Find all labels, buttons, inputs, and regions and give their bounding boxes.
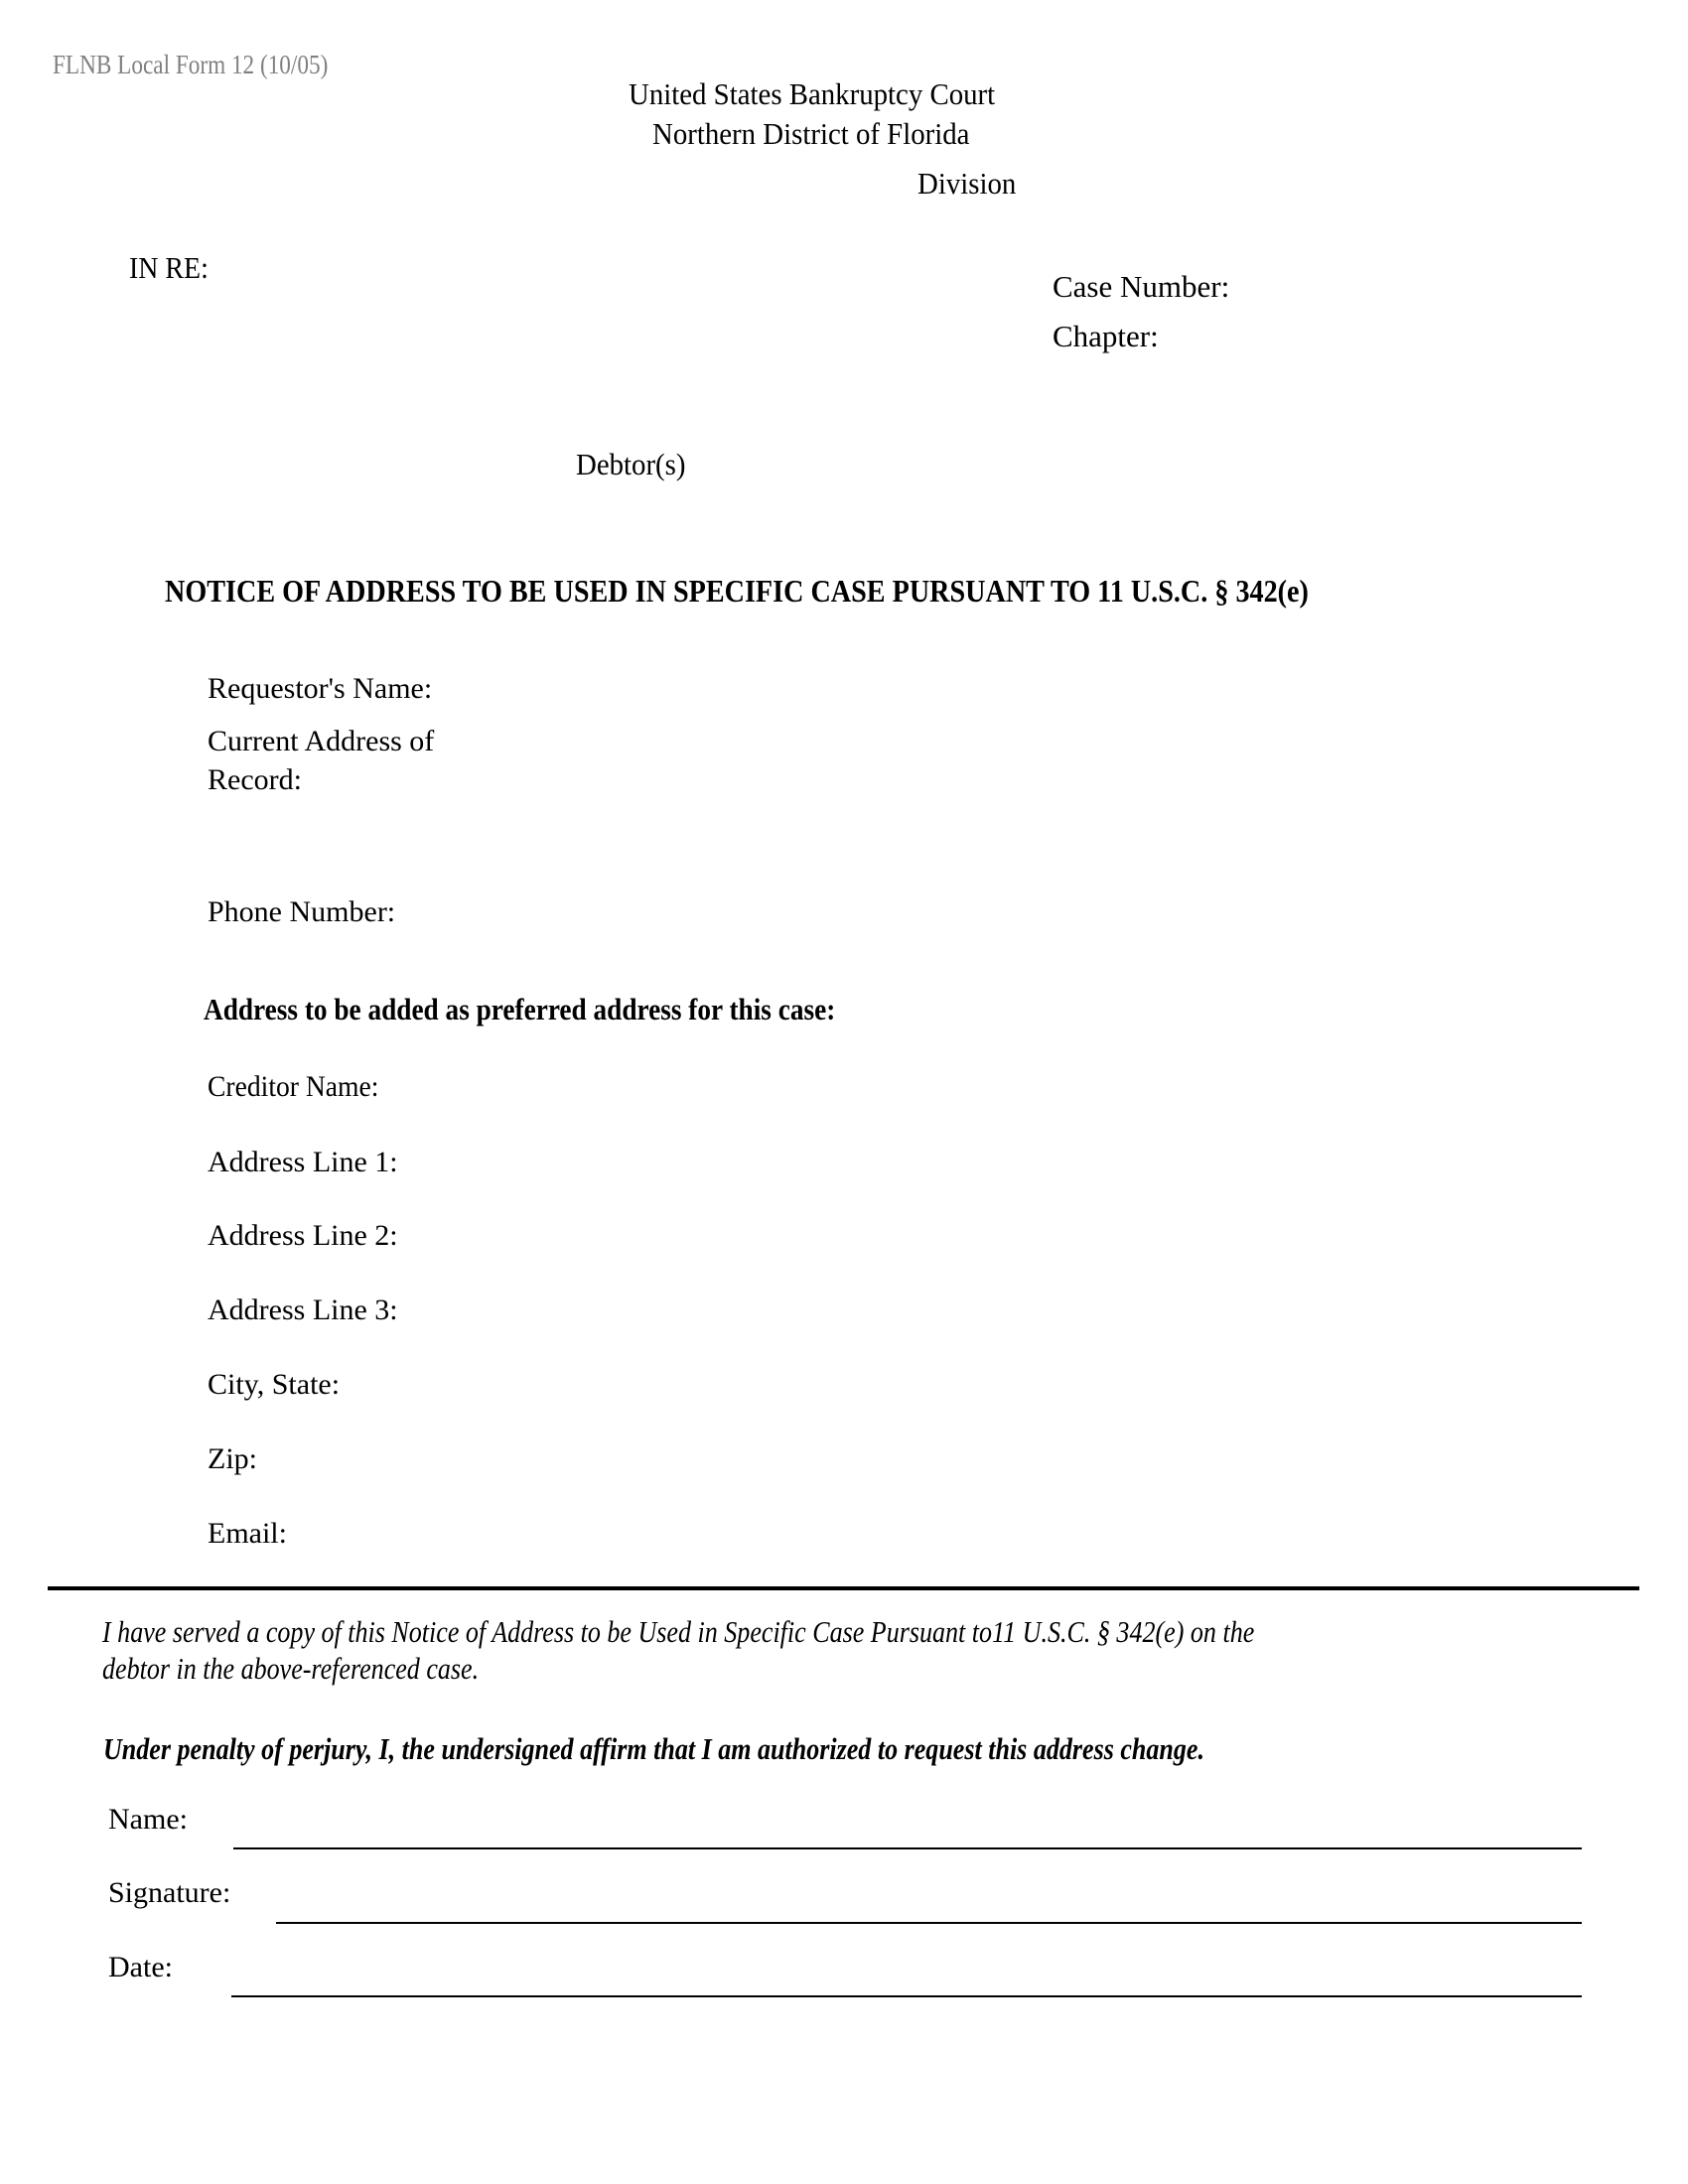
service-statement: I have served a copy of this Notice of A… [102, 1616, 1254, 1647]
court-name: United States Bankruptcy Court [629, 78, 995, 109]
signature-label: Signature: [108, 1878, 230, 1908]
creditor-name-label: Creditor Name: [208, 1072, 378, 1102]
address-line-1-label: Address Line 1: [208, 1148, 398, 1177]
phone-number-label: Phone Number: [208, 897, 395, 927]
current-address-label: Current Address of [208, 727, 434, 756]
form-identifier: FLNB Local Form 12 (10/05) [53, 52, 328, 78]
zip-label: Zip: [208, 1444, 257, 1474]
debtor-label: Debtor(s) [576, 449, 685, 479]
address-line-3-label: Address Line 3: [208, 1296, 398, 1325]
date-field[interactable] [231, 1995, 1582, 1997]
perjury-affirmation: Under penalty of perjury, I, the undersi… [103, 1733, 1204, 1764]
section-divider [48, 1586, 1639, 1590]
signature-field[interactable] [276, 1922, 1582, 1924]
date-label: Date: [108, 1953, 173, 1982]
service-statement-cont: debtor in the above-referenced case. [102, 1653, 479, 1684]
requestor-name-label: Requestor's Name: [208, 674, 432, 704]
city-state-label: City, State: [208, 1370, 340, 1400]
current-address-label-cont: Record: [208, 765, 302, 795]
in-re-label: IN RE: [129, 252, 209, 283]
division-label: Division [917, 168, 1016, 199]
signer-name-field[interactable] [233, 1847, 1582, 1849]
preferred-address-heading: Address to be added as preferred address… [204, 994, 835, 1024]
chapter-label: Chapter: [1053, 321, 1159, 351]
address-line-2-label: Address Line 2: [208, 1221, 398, 1251]
district-name: Northern District of Florida [652, 118, 969, 149]
case-number-label: Case Number: [1053, 271, 1229, 302]
document-title: NOTICE OF ADDRESS TO BE USED IN SPECIFIC… [165, 575, 1309, 607]
signer-name-label: Name: [108, 1805, 188, 1835]
email-label: Email: [208, 1519, 287, 1549]
